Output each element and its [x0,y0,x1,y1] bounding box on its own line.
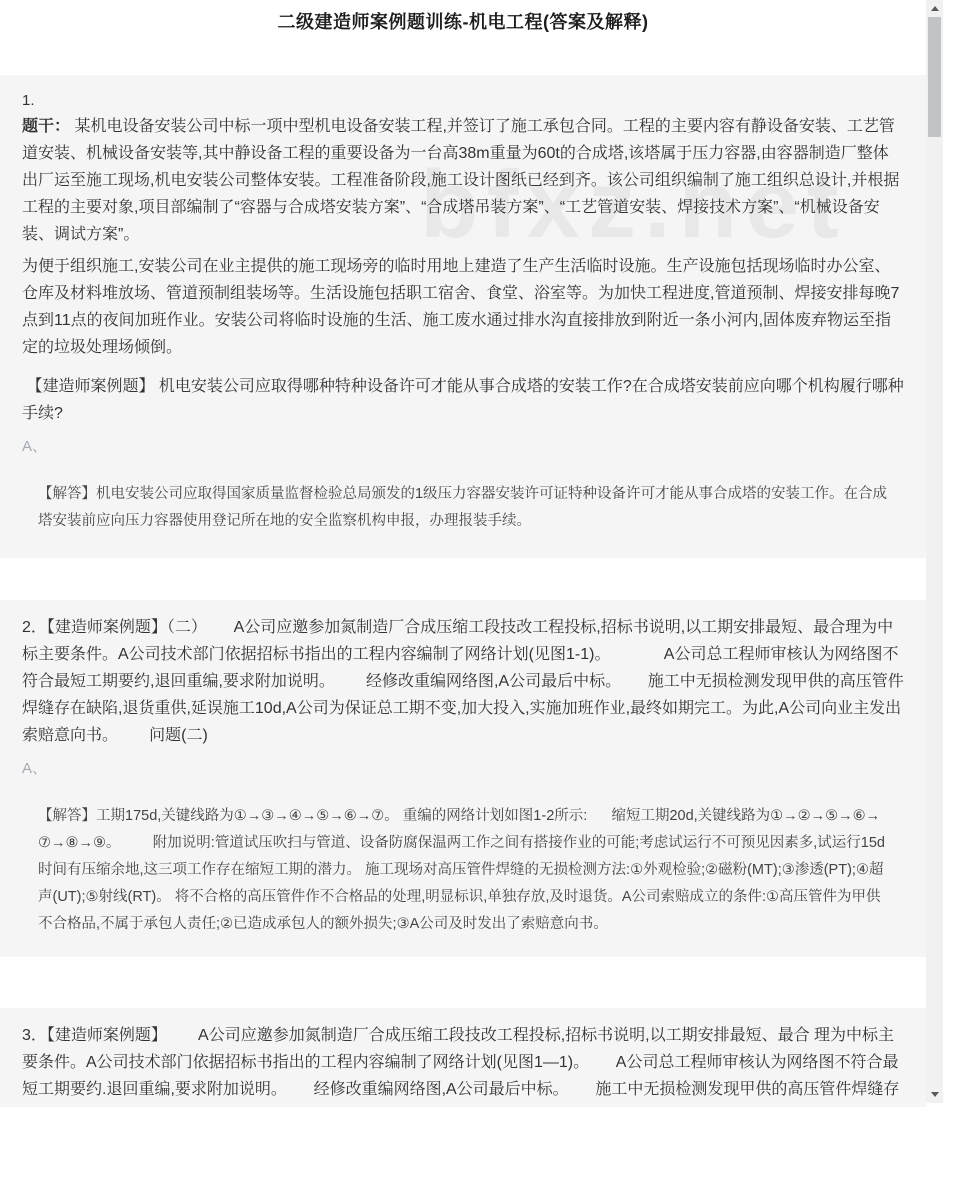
page-title: 二级建造师案例题训练-机电工程(答案及解释) [0,0,926,34]
scroll-up-button[interactable] [926,0,943,17]
question-card-1: 1. 题干： 某机电设备安装公司中标一项中型机电设备安装工程,并签订了施工承包合… [0,75,926,558]
question-2-answer: 【解答】工期175d,关键线路为①→③→④→⑤→⑥→⑦。 重编的网络计划如图1-… [38,803,904,938]
question-2-option-a[interactable]: A、 [22,757,904,781]
question-card-3: 3．【建造师案例题】 A公司应邀参加氮制造厂合成压缩工段技改工程投标,招标书说明… [0,1008,926,1107]
arrow-up-icon [931,6,939,11]
question-card-2: 2．【建造师案例题】（二） A公司应邀参加氮制造厂合成压缩工段技改工程投标,招标… [0,600,926,957]
question-1-number: 1. [22,89,904,113]
question-1-paragraph-2: 为便于组织施工,安装公司在业主提供的施工现场旁的临时用地上建造了生产生活临时设施… [22,253,904,361]
scroll-down-button[interactable] [926,1086,943,1103]
question-1-case-question: 【建造师案例题】 机电安装公司应取得哪种特种设备许可才能从事合成塔的安装工作?在… [22,373,904,427]
question-2-body: 2．【建造师案例题】（二） A公司应邀参加氮制造厂合成压缩工段技改工程投标,招标… [22,614,904,749]
question-1-stem: 题干： 某机电设备安装公司中标一项中型机电设备安装工程,并签订了施工承包合同。工… [22,113,904,248]
question-1-answer: 【解答】机电安装公司应取得国家质量监督检验总局颁发的1级压力容器安装许可证特种设… [38,481,904,535]
stem-text: 某机电设备安装公司中标一项中型机电设备安装工程,并签订了施工承包合同。工程的主要… [22,118,899,243]
question-3-body: 3．【建造师案例题】 A公司应邀参加氮制造厂合成压缩工段技改工程投标,招标书说明… [22,1022,904,1107]
scrollbar-thumb[interactable] [928,17,941,137]
arrow-down-icon [931,1092,939,1097]
scrollbar[interactable] [926,0,943,1103]
question-1-option-a[interactable]: A、 [22,435,904,459]
stem-label: 题干： [22,118,70,135]
